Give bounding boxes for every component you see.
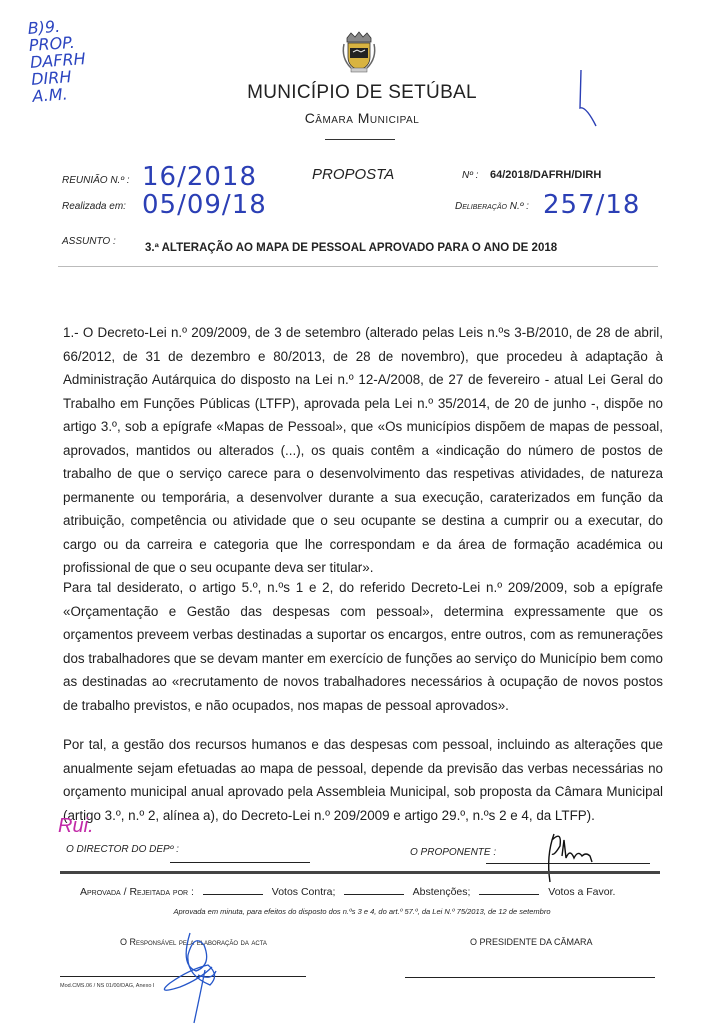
municipality-title: MUNICÍPIO DE SETÚBAL: [0, 82, 724, 104]
number-value: 64/2018/DAFRH/DIRH: [490, 169, 601, 181]
voting-row: Aprovada / Rejeitada por : Votos Contra;…: [80, 884, 615, 898]
body-paragraph-3: Por tal, a gestão dos recursos humanos e…: [63, 733, 663, 827]
por-label: por :: [173, 886, 194, 898]
handwritten-mark: [578, 68, 608, 128]
presidente-label: O PRESIDENTE DA CÂMARA: [470, 937, 593, 947]
doc-type: PROPOSTA: [312, 166, 394, 183]
body-paragraph-2: Para tal desiderato, o artigo 5.º, n.ºs …: [63, 576, 663, 717]
reuniao-value: 16/2018: [142, 162, 257, 192]
director-label: O DIRECTOR DO DEPº :: [66, 844, 179, 855]
realizada-label: Realizada em:: [62, 201, 126, 212]
number-label: Nº :: [462, 170, 478, 181]
abstencoes-label: Abstenções;: [413, 886, 471, 898]
votes-blank: [203, 884, 263, 895]
votes-blank: [344, 884, 404, 895]
coat-of-arms-icon: [337, 30, 381, 74]
title-divider: [325, 139, 395, 140]
assunto-value: 3.ª ALTERAÇÃO AO MAPA DE PESSOAL APROVAD…: [145, 242, 557, 254]
assunto-label: ASSUNTO :: [62, 236, 116, 247]
paragraph-text: Para tal desiderato, o artigo 5.º, n.ºs …: [63, 576, 663, 717]
deliberacao-label: Deliberação N.º :: [455, 201, 529, 212]
votos-contra-label: Votos Contra;: [272, 886, 336, 898]
paragraph-text: 1.- O Decreto-Lei n.º 209/2009, de 3 de …: [63, 321, 663, 580]
body-paragraph-1: 1.- O Decreto-Lei n.º 209/2009, de 3 de …: [63, 321, 663, 580]
votos-favor-label: Votos a Favor.: [548, 886, 615, 898]
director-initials: Rui.: [58, 815, 94, 838]
reuniao-label: REUNIÃO N.º :: [62, 175, 130, 186]
chamber-title: Câmara Municipal: [0, 110, 724, 126]
paragraph-text: Por tal, a gestão dos recursos humanos e…: [63, 733, 663, 827]
deliberacao-value: 257/18: [543, 190, 640, 220]
responsavel-signature-icon: [150, 925, 250, 1024]
model-code: Mod.CMS.06 / NS 01/00/DAG, Anexo I: [60, 983, 154, 989]
assunto-divider: [58, 266, 658, 267]
presidente-signature-line: [405, 977, 655, 978]
aprovada-label: Aprovada / Rejeitada: [80, 886, 170, 898]
realizada-value: 05/09/18: [142, 190, 267, 220]
votes-blank: [479, 884, 539, 895]
proponent-label: O PROPONENTE :: [410, 847, 496, 858]
minuta-note: Aprovada em minuta, para efeitos do disp…: [0, 907, 724, 916]
proponent-signature-icon: [540, 826, 600, 886]
director-signature-line: [170, 862, 310, 863]
section-divider: [60, 871, 660, 874]
